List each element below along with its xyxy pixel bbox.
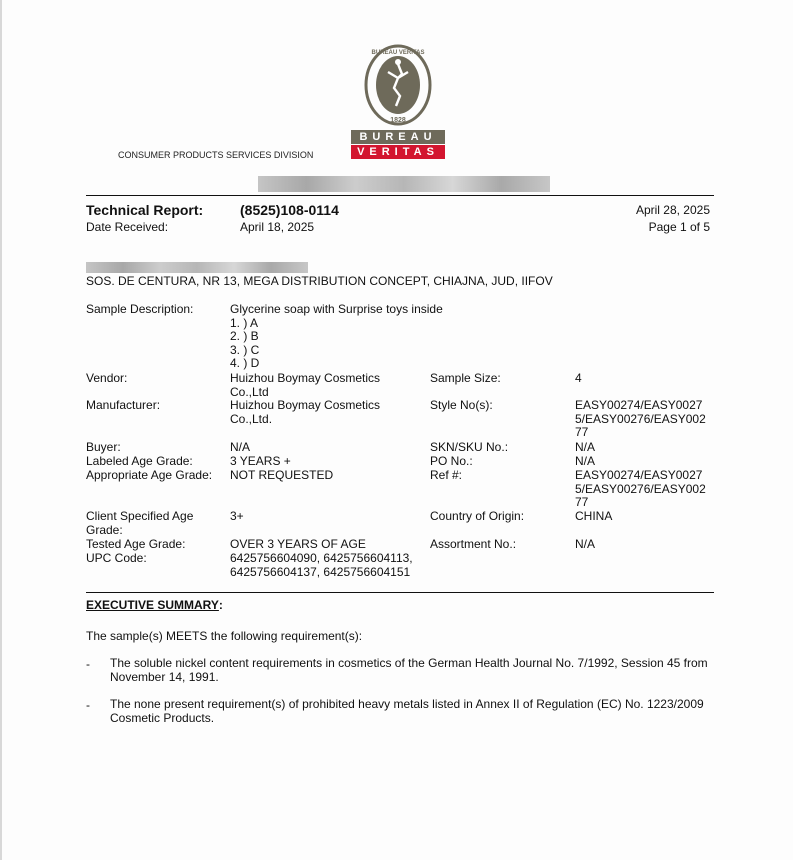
- manufacturer-line: Huizhou Boymay Cosmetics: [230, 399, 380, 413]
- po-value: N/A: [575, 455, 595, 469]
- report-date: April 28, 2025: [636, 203, 710, 217]
- sample-size-label: Sample Size:: [430, 372, 501, 386]
- manufacturer-line: Co.,Ltd.: [230, 413, 380, 427]
- assortment-value: N/A: [575, 538, 595, 552]
- redacted-client-title: [258, 176, 550, 192]
- svg-text:1828: 1828: [390, 117, 406, 124]
- sku-label: SKN/SKU No.:: [430, 441, 508, 455]
- sample-item: 2. ) B: [230, 330, 443, 344]
- requirement-text: The soluble nickel content requirements …: [110, 657, 716, 684]
- sample-item: 1. ) A: [230, 317, 443, 331]
- date-received: April 18, 2025: [240, 220, 314, 234]
- sample-description-text: Glycerine soap with Surprise toys inside: [230, 303, 443, 317]
- sample-description: Glycerine soap with Surprise toys inside…: [230, 303, 443, 371]
- style-no-line: EASY00274/EASY0027: [575, 399, 706, 413]
- manufacturer-value: Huizhou Boymay Cosmetics Co.,Ltd.: [230, 399, 380, 426]
- labeled-age-label: Labeled Age Grade:: [86, 455, 193, 469]
- brand-bar-bureau: BUREAU: [351, 130, 445, 144]
- sku-value: N/A: [575, 441, 595, 455]
- page-indicator: Page 1 of 5: [649, 220, 710, 234]
- upc-label: UPC Code:: [86, 552, 147, 566]
- client-age-label: Client Specified Age Grade:: [86, 510, 193, 537]
- tested-age-label: Tested Age Grade:: [86, 538, 185, 552]
- manufacturer-label: Manufacturer:: [86, 399, 160, 413]
- client-age-label-line: Client Specified Age: [86, 510, 193, 524]
- upc-line: 6425756604137, 6425756604151: [230, 566, 413, 580]
- style-no-label: Style No(s):: [430, 399, 493, 413]
- brand-bar-veritas: VERITAS: [351, 145, 445, 159]
- upc-value: 6425756604090, 6425756604113, 6425756604…: [230, 552, 413, 579]
- ref-line: 5/EASY00276/EASY002: [575, 483, 706, 497]
- buyer-label: Buyer:: [86, 441, 121, 455]
- ref-line: 77: [575, 496, 706, 510]
- ref-line: EASY00274/EASY0027: [575, 469, 706, 483]
- executive-summary-title: EXECUTIVE SUMMARY: [86, 598, 219, 612]
- summary-divider: [86, 592, 714, 593]
- vendor-value: Huizhou Boymay Cosmetics Co.,Ltd: [230, 372, 380, 399]
- summary-intro: The sample(s) MEETS the following requir…: [86, 629, 362, 643]
- style-no-value: EASY00274/EASY0027 5/EASY00276/EASY002 7…: [575, 399, 706, 440]
- style-no-line: 5/EASY00276/EASY002: [575, 413, 706, 427]
- appropriate-age-label: Appropriate Age Grade:: [86, 469, 212, 483]
- redacted-client-name: [86, 262, 308, 273]
- requirement-text: The none present requirement(s) of prohi…: [110, 698, 716, 725]
- client-age-label-line: Grade:: [86, 524, 193, 538]
- bullet-dash: -: [86, 657, 90, 671]
- svg-text:BUREAU VERITAS: BUREAU VERITAS: [372, 50, 425, 56]
- style-no-line: 77: [575, 426, 706, 440]
- upc-line: 6425756604090, 6425756604113,: [230, 552, 413, 566]
- bullet-dash: -: [86, 698, 90, 712]
- bureau-veritas-emblem-icon: BUREAU VERITAS 1828: [364, 44, 432, 126]
- executive-summary-heading: EXECUTIVE SUMMARY:: [86, 598, 223, 612]
- technical-report-label: Technical Report:: [86, 202, 203, 218]
- client-address: SOS. DE CENTURA, NR 13, MEGA DISTRIBUTIO…: [86, 274, 553, 288]
- po-label: PO No.:: [430, 455, 473, 469]
- country-label: Country of Origin:: [430, 510, 524, 524]
- country-value: CHINA: [575, 510, 612, 524]
- page-edge: [0, 0, 2, 860]
- division-name: CONSUMER PRODUCTS SERVICES DIVISION: [118, 150, 313, 160]
- sample-item: 4. ) D: [230, 357, 443, 371]
- vendor-label: Vendor:: [86, 372, 127, 386]
- technical-report-number: (8525)108-0114: [240, 202, 339, 218]
- sample-description-label: Sample Description:: [86, 303, 193, 317]
- ref-label: Ref #:: [430, 469, 462, 483]
- tested-age-value: OVER 3 YEARS OF AGE: [230, 538, 366, 552]
- appropriate-age-value: NOT REQUESTED: [230, 469, 333, 483]
- buyer-value: N/A: [230, 441, 250, 455]
- sample-size: 4: [575, 372, 582, 386]
- heading-colon: :: [219, 598, 223, 612]
- ref-value: EASY00274/EASY0027 5/EASY00276/EASY002 7…: [575, 469, 706, 510]
- client-age-value: 3+: [230, 510, 244, 524]
- header-divider: [86, 195, 714, 196]
- sample-item: 3. ) C: [230, 344, 443, 358]
- date-received-label: Date Received:: [86, 220, 168, 234]
- vendor-line: Huizhou Boymay Cosmetics: [230, 372, 380, 386]
- labeled-age-value: 3 YEARS +: [230, 455, 291, 469]
- assortment-label: Assortment No.:: [430, 538, 516, 552]
